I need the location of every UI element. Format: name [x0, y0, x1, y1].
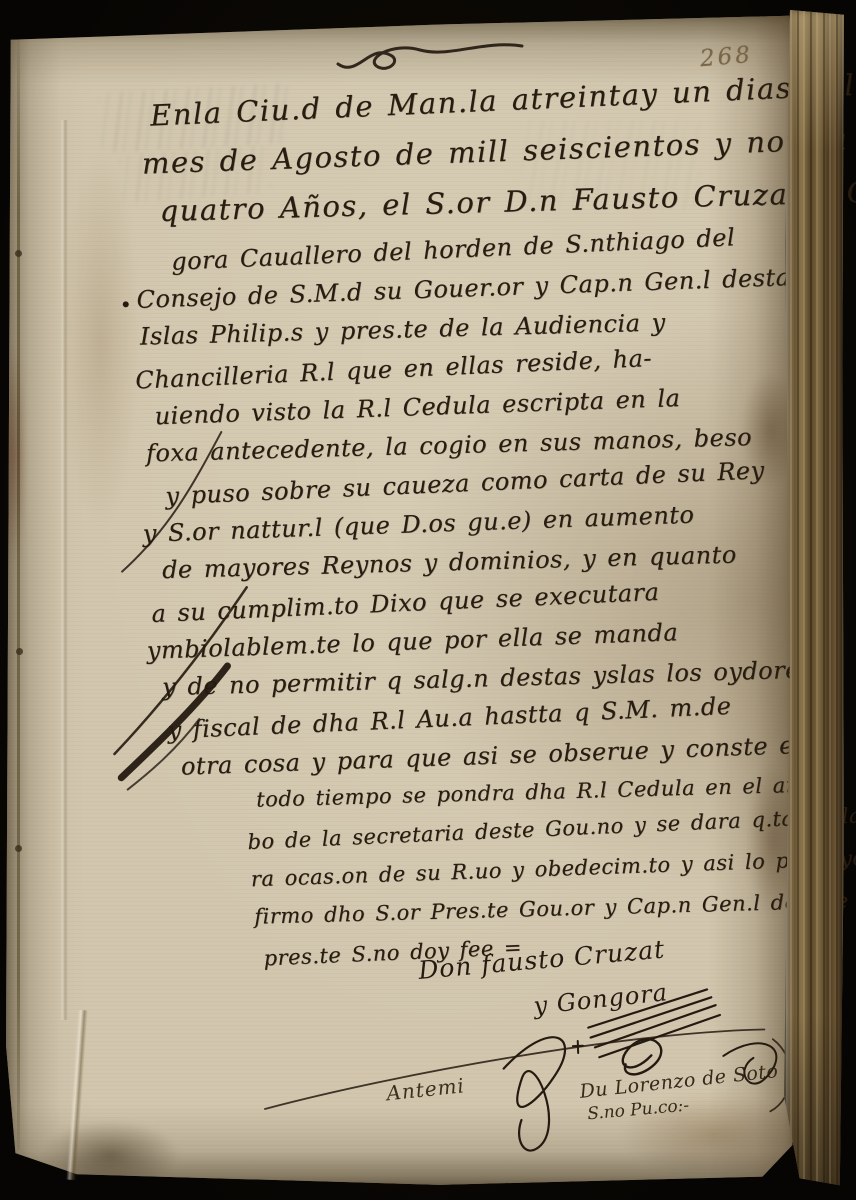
margin-flourish [71, 416, 304, 803]
sewing-knot [15, 845, 22, 852]
fore-edge-streaks [784, 10, 844, 1190]
photo-background: 268 Enla Ciu.d de Man.la atreintay un di… [0, 0, 856, 1200]
book-fore-edge [784, 10, 844, 1190]
handwriting-layer: Enla Ciu.d de Man.la atreintay un dias d… [0, 0, 856, 1200]
notary-rubric [252, 998, 817, 1167]
